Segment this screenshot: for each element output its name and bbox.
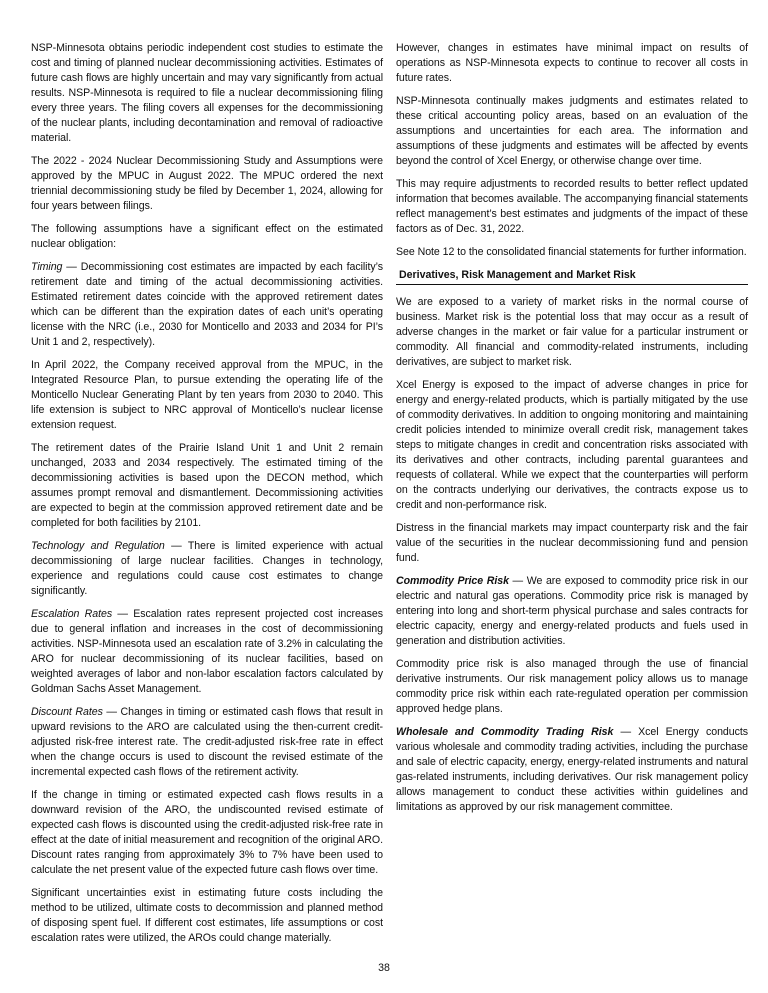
paragraph-price-exposure: Xcel Energy is exposed to the impact of … (396, 378, 748, 513)
lead-term-discount-rates: Discount Rates (31, 706, 103, 718)
paragraph-prairie-island: The retirement dates of the Prairie Isla… (31, 441, 383, 531)
paragraph-timing: Timing — Decommissioning cost estimates … (31, 260, 383, 350)
paragraph-text: Commodity price risk is also managed thr… (396, 658, 748, 715)
paragraph-discount-rates: Discount Rates — Changes in timing or es… (31, 705, 383, 780)
document-page: NSP-Minnesota obtains periodic independe… (0, 0, 768, 993)
paragraph-text: Significant uncertainties exist in estim… (31, 887, 383, 944)
paragraph-text: NSP-Minnesota obtains periodic independe… (31, 42, 383, 144)
paragraph-text: Distress in the financial markets may im… (396, 522, 748, 564)
paragraph-study-approval: The 2022 - 2024 Nuclear Decommissioning … (31, 154, 383, 214)
lead-term-wholesale-trading-risk: Wholesale and Commodity Trading Risk (396, 726, 613, 738)
lead-term-timing: Timing (31, 261, 62, 273)
paragraph-text: The 2022 - 2024 Nuclear Decommissioning … (31, 155, 383, 212)
paragraph-significant-uncertainties: Significant uncertainties exist in estim… (31, 886, 383, 946)
paragraph-text: See Note 12 to the consolidated financia… (396, 246, 747, 258)
paragraph-commodity-price-risk: Commodity Price Risk — We are exposed to… (396, 574, 748, 649)
paragraph-text: The following assumptions have a signifi… (31, 223, 383, 250)
paragraph-escalation-rates: Escalation Rates — Escalation rates repr… (31, 607, 383, 697)
paragraph-text: In April 2022, the Company received appr… (31, 359, 383, 431)
paragraph-see-note: See Note 12 to the consolidated financia… (396, 245, 748, 260)
paragraph-financial-distress: Distress in the financial markets may im… (396, 521, 748, 566)
left-column: NSP-Minnesota obtains periodic independe… (31, 41, 383, 954)
paragraph-downward-revision: If the change in timing or estimated exp… (31, 788, 383, 878)
paragraph-technology-regulation: Technology and Regulation — There is lim… (31, 539, 383, 599)
paragraph-text: This may require adjustments to recorded… (396, 178, 748, 235)
lead-term-commodity-price-risk: Commodity Price Risk (396, 575, 509, 587)
right-column: However, changes in estimates have minim… (396, 41, 748, 823)
paragraph-adjustments: This may require adjustments to recorded… (396, 177, 748, 237)
paragraph-text: NSP-Minnesota continually makes judgment… (396, 95, 748, 167)
paragraph-assumptions-intro: The following assumptions have a signifi… (31, 222, 383, 252)
paragraph-text: — Xcel Energy conducts various wholesale… (396, 726, 748, 813)
paragraph-text: The retirement dates of the Prairie Isla… (31, 442, 383, 529)
paragraph-monticello-extension: In April 2022, the Company received appr… (31, 358, 383, 433)
paragraph-wholesale-trading-risk: Wholesale and Commodity Trading Risk — X… (396, 725, 748, 815)
lead-term-escalation-rates: Escalation Rates (31, 608, 112, 620)
lead-term-technology-regulation: Technology and Regulation (31, 540, 165, 552)
paragraph-judgments-estimates: NSP-Minnesota continually makes judgment… (396, 94, 748, 169)
paragraph-text: However, changes in estimates have minim… (396, 42, 748, 84)
paragraph-text: If the change in timing or estimated exp… (31, 789, 383, 876)
paragraph-text: — Decommissioning cost estimates are imp… (31, 261, 383, 348)
paragraph-text: — Escalation rates represent projected c… (31, 608, 383, 695)
paragraph-market-risk: We are exposed to a variety of market ri… (396, 295, 748, 370)
section-heading-derivatives: Derivatives, Risk Management and Market … (396, 268, 748, 285)
page-number: 38 (0, 961, 768, 975)
paragraph-decommissioning-studies: NSP-Minnesota obtains periodic independe… (31, 41, 383, 146)
paragraph-text: Xcel Energy is exposed to the impact of … (396, 379, 748, 511)
paragraph-changes-in-estimates: However, changes in estimates have minim… (396, 41, 748, 86)
paragraph-text: We are exposed to a variety of market ri… (396, 296, 748, 368)
paragraph-financial-derivatives: Commodity price risk is also managed thr… (396, 657, 748, 717)
